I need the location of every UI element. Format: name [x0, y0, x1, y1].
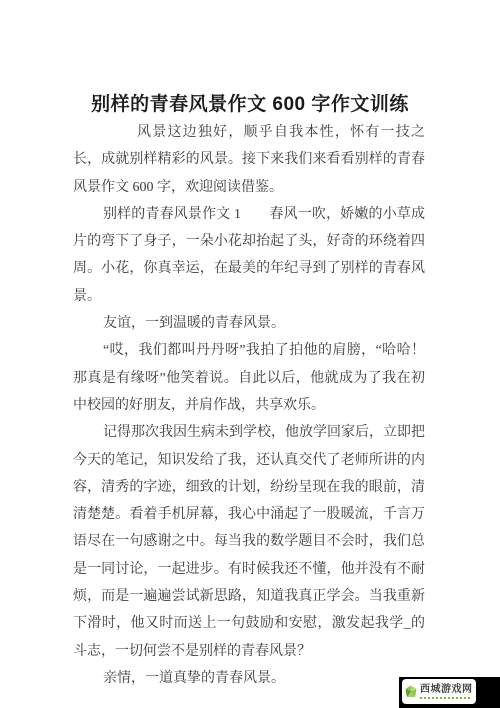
paragraph-friendship-lead: 友谊，一到温暖的青春风景。: [73, 310, 425, 337]
document-title: 别样的青春风景作文 600 字作文训练: [0, 89, 500, 116]
paragraph-family-lead: 亲情，一道真挚的青春风景。: [73, 665, 425, 692]
site-logo-gem-icon: [404, 685, 418, 699]
site-logo-text-column: 西城游戏网: [420, 684, 473, 699]
site-name: 西城游戏网: [420, 684, 473, 695]
site-tagline-line: [420, 697, 472, 699]
site-logo-box: 西城游戏网: [402, 679, 476, 704]
paragraph-dialogue: “哎，我们都叫丹丹呀”我拍了拍他的肩膀，“哈哈！那真是有缘呀”他笑着说。自此以后…: [73, 337, 425, 419]
paragraph-intro: 风景这边独好，顺乎自我本性，怀有一技之长，成就别样精彩的风景。接下来我们来看看别…: [73, 119, 425, 201]
paragraph-essay-1-opening: 别样的青春风景作文 1 春风一吹，娇嫩的小草成片的弯下了身子，一朵小花却抬起了头…: [73, 201, 425, 310]
document-page: 别样的青春风景作文 600 字作文训练 风景这边独好，顺乎自我本性，怀有一技之长…: [0, 0, 500, 708]
site-watermark: 西城游戏网: [399, 677, 500, 708]
paragraph-study-story: 记得那次我因生病未到学校，他放学回家后，立即把今天的笔记，知识发给了我，还认真交…: [73, 419, 425, 665]
document-body: 风景这边独好，顺乎自我本性，怀有一技之长，成就别样精彩的风景。接下来我们来看看别…: [73, 119, 425, 692]
